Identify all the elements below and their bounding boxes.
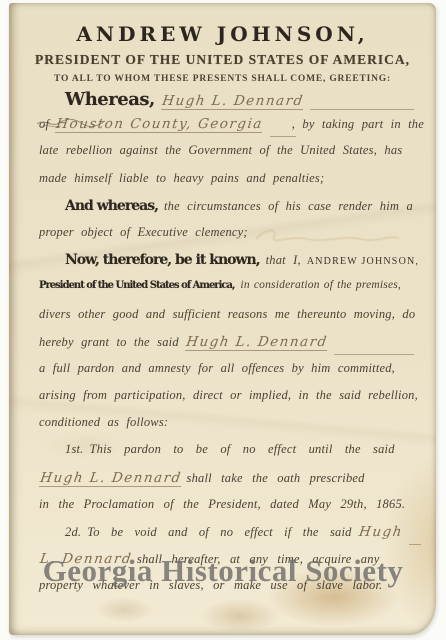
printed-text: in the Proclamation of the President, da… [39, 497, 405, 512]
printed-text: hereby grant to the said [39, 335, 179, 350]
printed-text: , by taking part in the [292, 117, 424, 132]
printed-text: arising from participation, direct or im… [39, 388, 418, 403]
whereas-lead: Whereas, [65, 89, 155, 110]
printed-text: shall take the oath prescribed [187, 471, 365, 486]
printed-text: This pardon to be of no effect until the… [90, 442, 395, 457]
condition1-line-1: 1st. This pardon to be of no effect unti… [39, 442, 416, 469]
grant-line-5: a full pardon and amnesty for all offenc… [39, 361, 416, 388]
watermark: Georgia Historical Society [0, 553, 446, 589]
and-whereas-line-1: And whereas, the circumstances of his ca… [39, 198, 416, 225]
document-title: ANDREW JOHNSON, [9, 22, 436, 46]
and-whereas-lead: And whereas, [65, 198, 158, 214]
printed-text: To be void and of no effect if the said [87, 525, 351, 540]
printed-text: conditioned as follows: [39, 415, 168, 430]
printed-text: late rebellion against the Government of… [39, 143, 402, 158]
pardonee-firstname-handwritten: Hugh [358, 524, 404, 540]
grant-line-4: hereby grant to the said Hugh L. Dennard [39, 334, 416, 361]
grant-line-3: divers other good and sufficient reasons… [39, 307, 416, 334]
salutation-line: TO ALL TO WHOM THESE PRESENTS SHALL COME… [9, 74, 436, 84]
whereas-line-4: made himself liable to heavy pains and p… [39, 171, 416, 198]
printed-text: divers other good and sufficient reasons… [39, 307, 415, 322]
ink-bleedthrough-ghost [252, 225, 402, 253]
printed-text: the circumstances of his case render him… [164, 199, 413, 214]
flourish-ornament-icon [35, 116, 107, 130]
printed-text: a full pardon and amnesty for all offenc… [39, 361, 395, 376]
grant-line-7: conditioned as follows: [39, 415, 416, 442]
condition-number: 2d. [65, 525, 81, 540]
now-therefore-lead: Now, therefore, be it known, [65, 252, 260, 268]
whereas-line-1: Whereas, Hugh L. Dennard [39, 89, 416, 116]
printed-text: that I, [266, 253, 301, 268]
document-subtitle: PRESIDENT OF THE UNITED STATES OF AMERIC… [9, 52, 436, 68]
blank-rule [310, 109, 414, 110]
pardonee-name-handwritten: Hugh L. Dennard [39, 470, 183, 487]
condition-number: 1st. [65, 442, 84, 457]
grant-line-1: Now, therefore, be it known, that I, AND… [39, 252, 416, 279]
pardon-document-sheet: ANDREW JOHNSON, PRESIDENT OF THE UNITED … [9, 3, 436, 635]
blank-rule [409, 544, 421, 545]
document-body: Whereas, Hugh L. Dennard of Houston Coun… [39, 89, 416, 606]
grant-line-6: arising from participation, direct or im… [39, 388, 416, 415]
pardonee-name-handwritten: Hugh L. Dennard [185, 334, 329, 351]
blank-rule [334, 354, 414, 355]
office-lead: President of the United States of Americ… [39, 280, 234, 291]
president-name-printed: ANDREW JOHNSON, [307, 256, 419, 267]
printed-text: proper object of Executive clemency; [39, 225, 248, 240]
printed-text: in consideration of the premises, [240, 279, 401, 291]
grant-line-2: President of the United States of Americ… [39, 279, 416, 306]
condition2-line-1: 2d. To be void and of no effect if the s… [39, 524, 416, 551]
whereas-line-3: late rebellion against the Government of… [39, 143, 416, 170]
blank-rule [270, 136, 296, 137]
printed-text: made himself liable to heavy pains and p… [39, 171, 324, 186]
condition1-line-2: Hugh L. Dennard shall take the oath pres… [39, 470, 416, 497]
condition1-line-3: in the Proclamation of the President, da… [39, 497, 416, 524]
pardonee-name-handwritten: Hugh L. Dennard [161, 93, 305, 110]
